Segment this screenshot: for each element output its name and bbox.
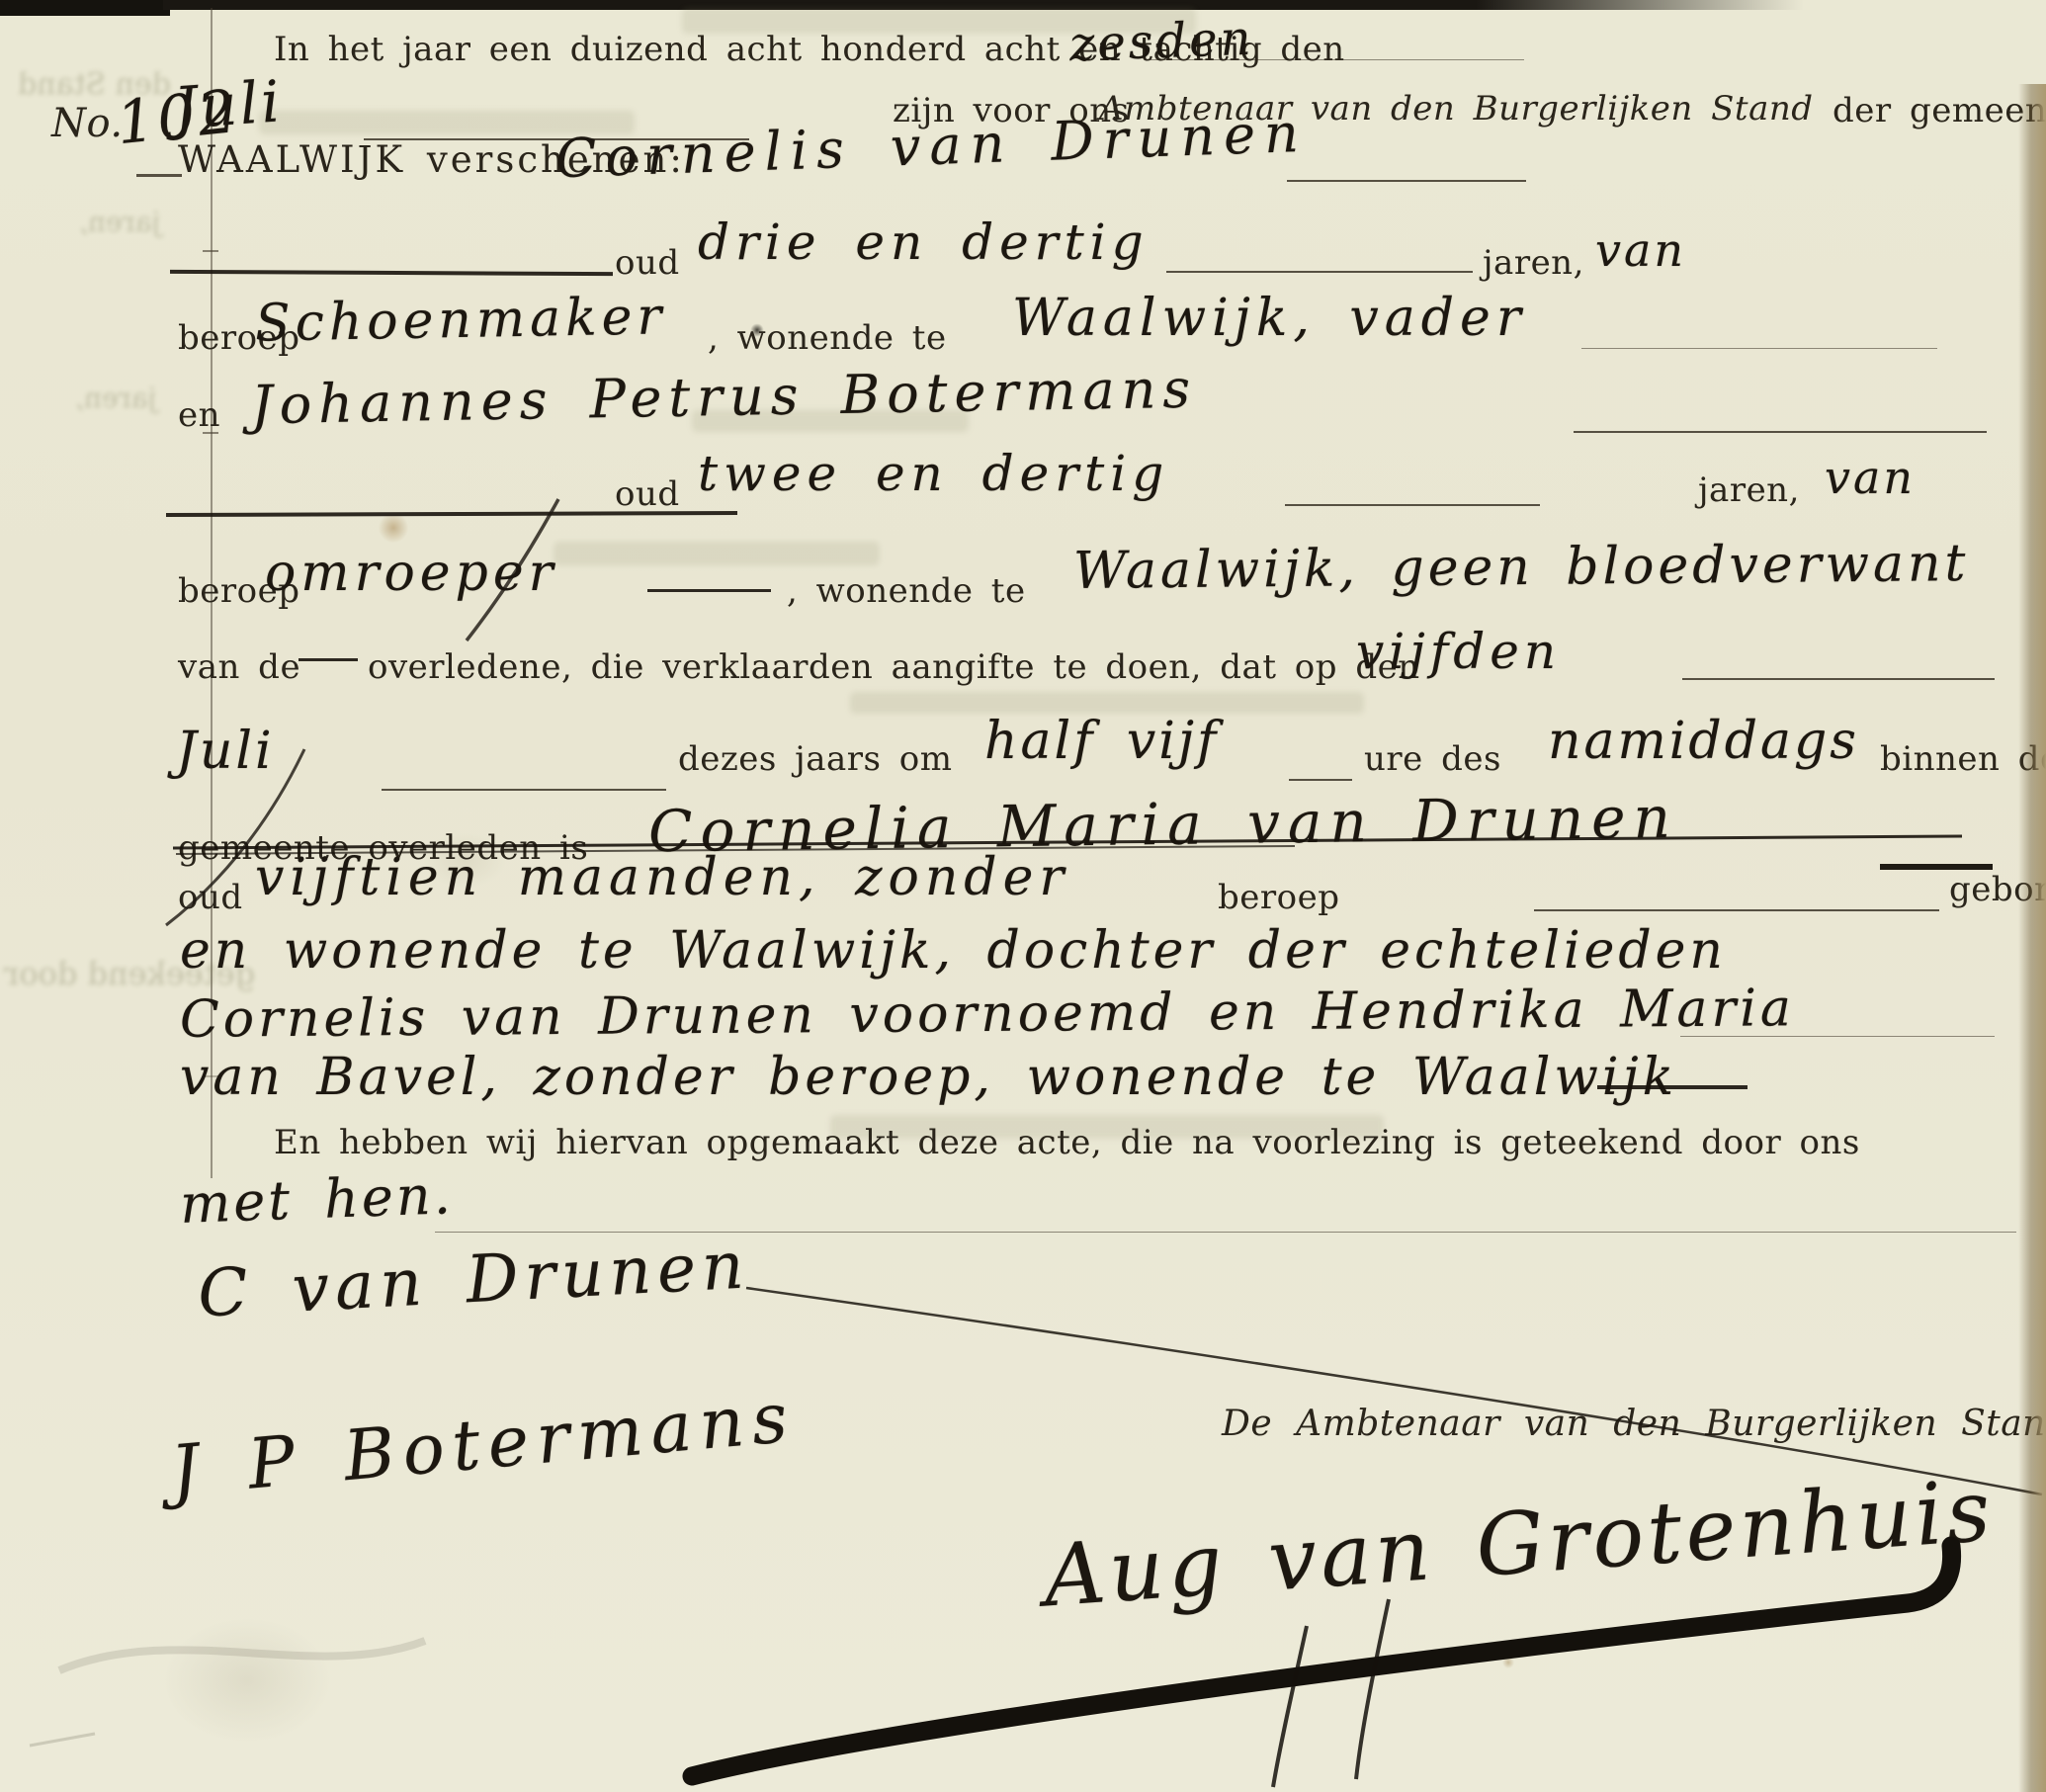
hw-mother-surname-line: van Bavel, zonder beroep, wonende te Waa… <box>180 1048 1677 1107</box>
form-line <box>1534 909 1939 911</box>
bleedthrough-text: jaren, <box>79 206 160 238</box>
scan-top-edge-left <box>0 0 170 16</box>
form-line <box>1680 1036 1995 1037</box>
hw-declarant1-name: Cornelis van Drunen <box>554 102 1309 191</box>
signature-tail-stroke <box>1356 1599 1389 1779</box>
form-line <box>1581 348 1937 349</box>
form-line <box>1285 504 1540 506</box>
hw-month: Juli <box>172 67 285 141</box>
hw-residence-1: Waalwijk, vader <box>1012 289 1527 348</box>
hw-death-month: Juli <box>176 722 275 781</box>
hw-dash <box>298 658 358 661</box>
bleedthrough-mark <box>850 692 1364 714</box>
bleedthrough-text: jaren, <box>75 382 156 414</box>
form-line <box>1287 180 1526 182</box>
printed-wonende-te-2: , wonende te <box>787 571 1026 611</box>
form-line-heavy <box>166 511 737 517</box>
form-line <box>1149 59 1524 60</box>
form-line <box>1166 271 1473 273</box>
signature-declarant1: C van Drunen <box>196 1227 751 1331</box>
printed-jaren-1: jaren, <box>1483 243 1584 283</box>
hw-age-1: drie en dertig <box>698 213 1150 271</box>
hw-residence-deceased: en wonende te Waalwijk, dochter der echt… <box>180 921 1727 981</box>
hw-death-hour: half vijf <box>984 712 1219 771</box>
hw-declarant2-name: Johannes Petrus Botermans <box>251 358 1198 437</box>
margin-tick <box>203 250 218 252</box>
hw-deceased-age: vijftien maanden, zonder <box>255 848 1069 907</box>
pencil-smudge <box>30 1734 95 1746</box>
act-number-flourish <box>136 174 182 177</box>
hw-death-daypart: namiddags <box>1548 712 1859 771</box>
hw-dash <box>647 589 771 592</box>
hw-day-of-month: zesden <box>1068 11 1254 72</box>
printed-oud-3: oud <box>178 878 243 917</box>
pencil-smudge <box>59 1641 425 1670</box>
form-line <box>1682 678 1995 680</box>
act-number-label: No. <box>51 101 124 146</box>
form-line <box>170 270 613 276</box>
printed-wonende-te-1: , wonende te <box>708 318 947 358</box>
hw-age-2: twee en dertig <box>698 445 1169 502</box>
signature-tail-stroke <box>1273 1626 1307 1787</box>
printed-declaration: overledene, die verklaarden aangifte te … <box>368 647 1420 687</box>
printed-oud-1: oud <box>615 243 680 283</box>
printed-official-title: De Ambtenaar van den Burgerlijken Stand, <box>1222 1404 2046 1444</box>
bleedthrough-mark <box>554 542 880 565</box>
hw-met-hen: met hen. <box>179 1163 455 1236</box>
hw-residence-2: Waalwijk, geen bloedverwant <box>1073 534 1970 601</box>
hw-death-day: vijfden <box>1356 623 1561 680</box>
signature-declarant2: J P Botermans <box>168 1377 799 1512</box>
hw-profession-2: omroeper <box>265 544 557 603</box>
hw-van-2: van <box>1825 451 1916 504</box>
printed-jaren-2: jaren, <box>1698 470 1800 510</box>
page-right-edge <box>2018 84 2046 1792</box>
printed-van-de: van de <box>178 647 300 687</box>
printed-closing-line: En hebben wij hiervan opgemaakt deze act… <box>274 1123 1860 1162</box>
printed-dezes-jaars-om: dezes jaars om <box>678 739 952 779</box>
printed-beroep-3: beroep <box>1218 878 1340 917</box>
hw-profession-1: Schoenmaker <box>255 287 667 353</box>
death-certificate-scan: den Stand jaren, jaren, geteekend door N… <box>0 0 2046 1792</box>
printed-der-gemeente: der gemeente <box>1833 91 2046 130</box>
form-line <box>382 789 666 791</box>
form-line <box>1574 431 1987 433</box>
printed-ure-des: ure des <box>1364 739 1501 779</box>
form-line <box>1289 779 1352 781</box>
hw-van-1: van <box>1595 223 1686 277</box>
signature-official: Aug van Grotenhuis <box>1041 1462 1998 1627</box>
hw-father-mother-names: Cornelis van Drunen voornoemd en Hendrik… <box>180 979 1795 1049</box>
form-line-heavy <box>1597 1085 1748 1089</box>
printed-oud-2: oud <box>615 474 680 514</box>
printed-en: en <box>178 395 220 435</box>
signature1-flourish <box>746 1288 2042 1494</box>
